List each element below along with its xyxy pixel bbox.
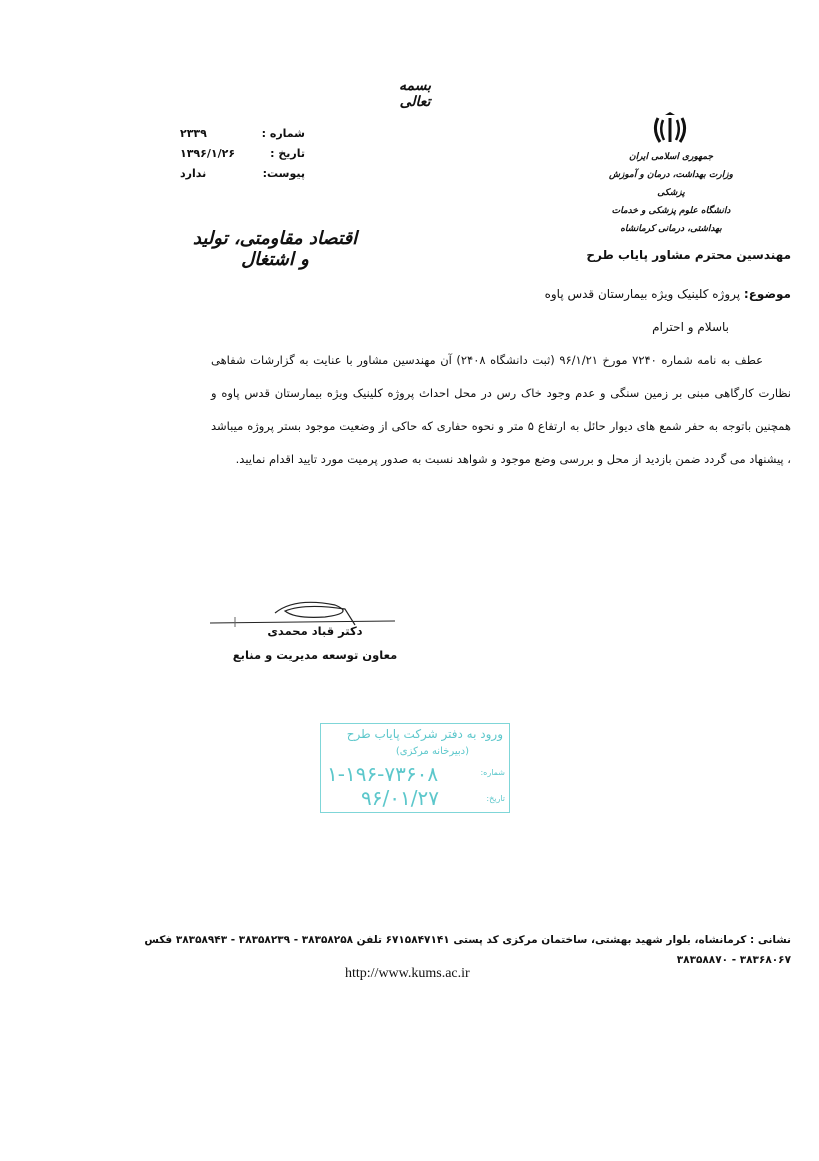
number-value: ۲۳۳۹ (180, 124, 207, 144)
stamp-date-value: ۹۶/۰۱/۲۷ (361, 786, 439, 810)
iran-emblem-icon (650, 110, 690, 150)
footer-url[interactable]: http://www.kums.ac.ir (345, 966, 470, 982)
number-label: شماره : (255, 124, 305, 144)
slogan: اقتصاد مقاومتی، تولید و اشتغال (190, 228, 360, 270)
org-line-university: دانشگاه علوم پزشکی و خدمات بهداشتی، درما… (600, 202, 742, 238)
footer-address: نشانی : کرمانشاه، بلوار شهید بهشتی، ساخت… (131, 930, 791, 970)
attachment-value: ندارد (180, 164, 206, 184)
recipient: مهندسین محترم مشاور پایاب طرح (586, 248, 791, 262)
subject-label: موضوع: (744, 287, 791, 301)
meta-number-row: شماره : ۲۳۳۹ (180, 124, 305, 144)
meta-attachment-row: پیوست: ندارد (180, 164, 305, 184)
meta-date-row: تاریخ : ۱۳۹۶/۱/۲۶ (180, 144, 305, 164)
letter-body: عطف به نامه شماره ۷۲۴۰ مورخ ۹۶/۱/۲۱ (ثبت… (211, 344, 791, 476)
received-stamp: ورود به دفتر شرکت پایاب طرح (دبیرخانه مر… (320, 723, 510, 813)
stamp-date-label: تاریخ: (486, 794, 505, 803)
org-line-ministry: وزارت بهداشت، درمان و آموزش پزشکی (600, 166, 742, 202)
stamp-line1: ورود به دفتر شرکت پایاب طرح (347, 727, 503, 741)
organization-name: جمهوری اسلامی ایران وزارت بهداشت، درمان … (600, 148, 742, 238)
body-paragraph: عطف به نامه شماره ۷۲۴۰ مورخ ۹۶/۱/۲۱ (ثبت… (211, 344, 791, 476)
attachment-label: پیوست: (255, 164, 305, 184)
stamp-number-label: شماره: (480, 768, 505, 777)
stamp-number-value: ۱-۱۹۶-۷۳۶۰۸ (327, 762, 438, 786)
stamp-line2: (دبیرخانه مرکزی) (396, 746, 469, 757)
date-label: تاریخ : (255, 144, 305, 164)
subject-value: پروژه کلینیک ویژه بیمارستان قدس پاوه (545, 287, 741, 301)
date-value: ۱۳۹۶/۱/۲۶ (180, 144, 235, 164)
bismillah-header: بسمه تعالی (395, 78, 435, 110)
org-line-country: جمهوری اسلامی ایران (600, 148, 742, 166)
greeting: باسلام و احترام (652, 320, 729, 334)
signer-title: معاون توسعه مدیریت و منابع (225, 648, 405, 662)
letter-meta: شماره : ۲۳۳۹ تاریخ : ۱۳۹۶/۱/۲۶ پیوست: ند… (180, 124, 305, 184)
subject-line: موضوع: پروژه کلینیک ویژه بیمارستان قدس پ… (545, 287, 791, 301)
signer-name: دکتر قباد محمدی (255, 624, 375, 638)
